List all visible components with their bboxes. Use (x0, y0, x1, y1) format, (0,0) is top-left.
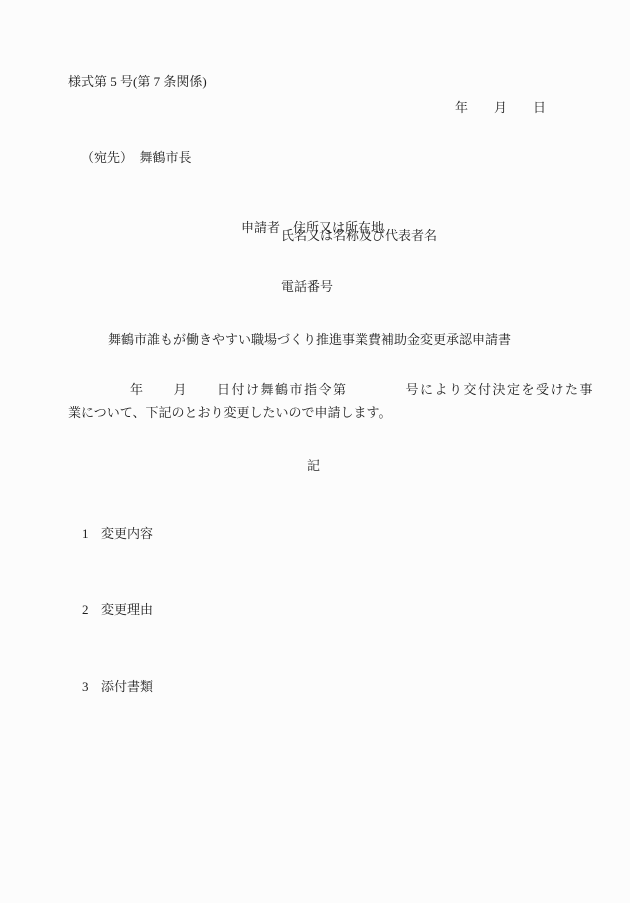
body-paragraph-line-1: 年 月 日付け舞鶴市指令第 号により交付決定を受けた事 (130, 380, 594, 399)
item-label: 変更理由 (101, 602, 153, 617)
form-number: 様式第 5 号(第 7 条関係) (68, 72, 207, 91)
item-label: 添付書類 (101, 679, 153, 694)
item-number: 3 (82, 677, 89, 696)
list-item-change-content: 1変更内容 (69, 505, 153, 562)
item-number: 2 (82, 600, 89, 619)
item-number: 1 (82, 524, 89, 543)
item-label: 変更内容 (101, 526, 153, 541)
applicant-label: 申請者 (241, 220, 280, 235)
phone-label: 電話番号 (281, 277, 333, 296)
list-marker-ki: 記 (307, 456, 320, 475)
list-item-change-reason: 2変更理由 (69, 581, 153, 638)
document-page: 様式第 5 号(第 7 条関係) 年 月 日 （宛先） 舞鶴市長 申請者住所又は… (0, 0, 630, 903)
name-label: 氏名又は名称及び代表者名 (281, 226, 437, 245)
date-blank-line: 年 月 日 (455, 98, 546, 117)
list-item-attached-documents: 3添付書類 (69, 658, 153, 715)
document-title: 舞鶴市誰もが働きやすい職場づくり推進事業費補助金変更承認申請書 (108, 330, 511, 349)
body-paragraph-line-2: 業について、下記のとおり変更したいので申請します。 (68, 403, 391, 422)
addressee-line: （宛先） 舞鶴市長 (81, 148, 192, 167)
